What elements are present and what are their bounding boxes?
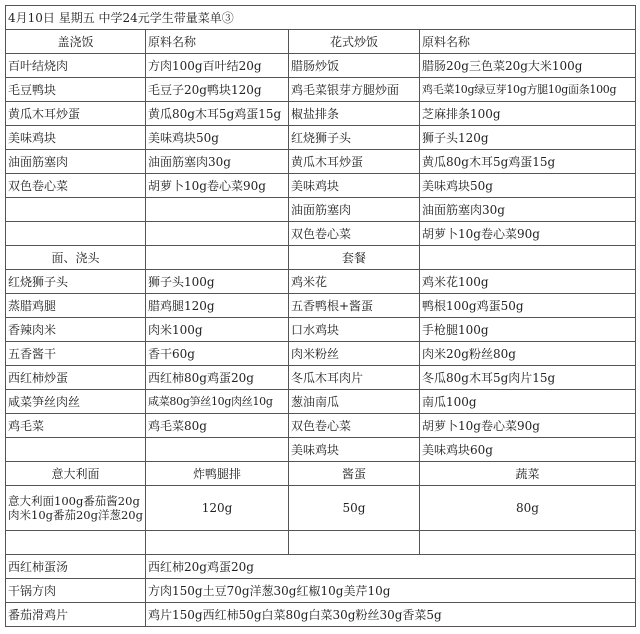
- ingredients: 狮子头120g: [420, 126, 636, 150]
- table-row: 干锅方肉 方肉150g土豆70g洋葱30g红椒10g美芹10g: [6, 579, 636, 603]
- ingredients: 肉米100g: [146, 318, 289, 342]
- col-header-fried-rice: 花式炒饭: [289, 30, 420, 54]
- empty-cell: [146, 531, 289, 555]
- section-header-noodles: 面、浇头: [6, 246, 146, 270]
- ingredients: 鸡片150g西红柿50g白菜80g白菜30g粉丝30g香菜5g: [146, 603, 636, 627]
- dish-name: 百叶结烧肉: [6, 54, 146, 78]
- ingredients: [146, 438, 289, 462]
- dish-name: 西红柿蛋汤: [6, 555, 146, 579]
- dish-name: 肉米粉丝: [289, 342, 420, 366]
- table-row: 油面筋塞肉 油面筋塞肉30g 黄瓜木耳炒蛋 黄瓜80g木耳5g鸡蛋15g: [6, 150, 636, 174]
- dish-name: 香辣肉米: [6, 318, 146, 342]
- table-row: 美味鸡块 美味鸡块60g: [6, 438, 636, 462]
- col-header-rice: 盖浇饭: [6, 30, 146, 54]
- table-row: 百叶结烧肉 方肉100g百叶结20g 腊肠炒饭 腊肠20g三色菜20g大米100…: [6, 54, 636, 78]
- table-row: 双色卷心菜 胡萝卜10g卷心菜90g: [6, 222, 636, 246]
- header-fried-duck-leg: 炸鸭腿排: [146, 462, 289, 486]
- dish-name: 油面筋塞肉: [6, 150, 146, 174]
- ingredients: 油面筋塞肉30g: [420, 198, 636, 222]
- table-row: 黄瓜木耳炒蛋 黄瓜80g木耳5g鸡蛋15g 椒盐排条 芝麻排条100g: [6, 102, 636, 126]
- table-row: 鸡毛菜 鸡毛菜80g 双色卷心菜 胡萝卜10g卷心菜90g: [6, 414, 636, 438]
- table-row: 双色卷心菜 胡萝卜10g卷心菜90g 美味鸡块 美味鸡块50g: [6, 174, 636, 198]
- dish-name: 美味鸡块: [289, 174, 420, 198]
- dish-name: 油面筋塞肉: [289, 198, 420, 222]
- ingredients: 黄瓜80g木耳5g鸡蛋15g: [420, 150, 636, 174]
- ingredients: 肉米20g粉丝80g: [420, 342, 636, 366]
- ingredients: 咸菜80g笋丝10g肉丝10g: [146, 390, 289, 414]
- ingredients: 美味鸡块50g: [420, 174, 636, 198]
- empty-cell: [6, 531, 146, 555]
- header-pasta: 意大利面: [6, 462, 146, 486]
- dish-name: 腊肠炒饭: [289, 54, 420, 78]
- dish-name: 双色卷心菜: [6, 174, 146, 198]
- dish-name: 蒸腊鸡腿: [6, 294, 146, 318]
- ingredients: 方肉100g百叶结20g: [146, 54, 289, 78]
- ingredients: 芝麻排条100g: [420, 102, 636, 126]
- dish-name: 口水鸡块: [289, 318, 420, 342]
- ingredients: 方肉150g土豆70g洋葱30g红椒10g美芹10g: [146, 579, 636, 603]
- ingredients: [146, 198, 289, 222]
- table-row: 美味鸡块 美味鸡块50g 红烧狮子头 狮子头120g: [6, 126, 636, 150]
- ingredients: 胡萝卜10g卷心菜90g: [146, 174, 289, 198]
- dish-name: 黄瓜木耳炒蛋: [289, 150, 420, 174]
- dish-name: [6, 438, 146, 462]
- ingredients: 西红柿20g鸡蛋20g: [146, 555, 636, 579]
- empty-cell: [146, 246, 289, 270]
- pasta-line-1: 意大利面100g番茄酱20g: [8, 494, 143, 508]
- table-row: 香辣肉米 肉米100g 口水鸡块 手枪腿100g: [6, 318, 636, 342]
- empty-cell: [420, 246, 636, 270]
- table-row: 油面筋塞肉 油面筋塞肉30g: [6, 198, 636, 222]
- empty-cell: [420, 531, 636, 555]
- dish-name: 干锅方肉: [6, 579, 146, 603]
- egg-amount: 50g: [289, 486, 420, 531]
- dish-name: [6, 222, 146, 246]
- ingredients: 胡萝卜10g卷心菜90g: [420, 222, 636, 246]
- table-row: 西红柿蛋汤 西红柿20g鸡蛋20g: [6, 555, 636, 579]
- ingredients: 鸭根100g鸡蛋50g: [420, 294, 636, 318]
- header-braised-egg: 酱蛋: [289, 462, 420, 486]
- col-header-ingredients-2: 原料名称: [420, 30, 636, 54]
- col-header-ingredients: 原料名称: [146, 30, 289, 54]
- table-row: 番茄滑鸡片 鸡片150g西红柿50g白菜80g白菜30g粉丝30g香菜5g: [6, 603, 636, 627]
- ingredients: 鸡米花100g: [420, 270, 636, 294]
- dish-name: 冬瓜木耳肉片: [289, 366, 420, 390]
- dish-name: 美味鸡块: [289, 438, 420, 462]
- dish-name: 双色卷心菜: [289, 414, 420, 438]
- dish-name: 葱油南瓜: [289, 390, 420, 414]
- ingredients: 黄瓜80g木耳5g鸡蛋15g: [146, 102, 289, 126]
- dish-name: 鸡米花: [289, 270, 420, 294]
- ingredients: 胡萝卜10g卷心菜90g: [420, 414, 636, 438]
- ingredients: [146, 222, 289, 246]
- ingredients: 毛豆子20g鸭块120g: [146, 78, 289, 102]
- table-row: 五香酱干 香干60g 肉米粉丝 肉米20g粉丝80g: [6, 342, 636, 366]
- pasta-line-2: 肉米10g番茄20g洋葱20g: [8, 508, 143, 522]
- dish-name: 咸菜笋丝肉丝: [6, 390, 146, 414]
- ingredients: 香干60g: [146, 342, 289, 366]
- ingredients: 南瓜100g: [420, 390, 636, 414]
- ingredients: 美味鸡块50g: [146, 126, 289, 150]
- dish-name: [6, 198, 146, 222]
- dish-name: 西红柿炒蛋: [6, 366, 146, 390]
- dish-name: 鸡毛菜: [6, 414, 146, 438]
- dish-name: 鸡毛菜银芽方腿炒面: [289, 78, 420, 102]
- menu-table: 4月10日 星期五 中学24元学生带量菜单③ 盖浇饭 原料名称 花式炒饭 原料名…: [5, 5, 636, 627]
- pasta-ingredients: 意大利面100g番茄酱20g 肉米10g番茄20g洋葱20g: [6, 486, 146, 531]
- dish-name: 美味鸡块: [6, 126, 146, 150]
- ingredients: 西红柿80g鸡蛋20g: [146, 366, 289, 390]
- header-vegetables: 蔬菜: [420, 462, 636, 486]
- ingredients: 腊肠20g三色菜20g大米100g: [420, 54, 636, 78]
- empty-cell: [289, 531, 420, 555]
- menu-title: 4月10日 星期五 中学24元学生带量菜单③: [6, 6, 636, 30]
- dish-name: 毛豆鸭块: [6, 78, 146, 102]
- ingredients: 鸡毛菜80g: [146, 414, 289, 438]
- table-row: 意大利面100g番茄酱20g 肉米10g番茄20g洋葱20g 120g 50g …: [6, 486, 636, 531]
- table-row: 西红柿炒蛋 西红柿80g鸡蛋20g 冬瓜木耳肉片 冬瓜80g木耳5g肉片15g: [6, 366, 636, 390]
- section-header-set-meal: 套餐: [289, 246, 420, 270]
- ingredients: 鸡毛菜10g绿豆芽10g方腿10g面条100g: [420, 78, 636, 102]
- dish-name: 番茄滑鸡片: [6, 603, 146, 627]
- vegetable-amount: 80g: [420, 486, 636, 531]
- dish-name: 双色卷心菜: [289, 222, 420, 246]
- ingredients: 油面筋塞肉30g: [146, 150, 289, 174]
- ingredients: 美味鸡块60g: [420, 438, 636, 462]
- table-row: 咸菜笋丝肉丝 咸菜80g笋丝10g肉丝10g 葱油南瓜 南瓜100g: [6, 390, 636, 414]
- dish-name: 红烧狮子头: [289, 126, 420, 150]
- ingredients: 手枪腿100g: [420, 318, 636, 342]
- dish-name: 红烧狮子头: [6, 270, 146, 294]
- dish-name: 椒盐排条: [289, 102, 420, 126]
- ingredients: 冬瓜80g木耳5g肉片15g: [420, 366, 636, 390]
- table-row: 蒸腊鸡腿 腊鸡腿120g 五香鸭根+酱蛋 鸭根100g鸡蛋50g: [6, 294, 636, 318]
- duck-leg-amount: 120g: [146, 486, 289, 531]
- table-row: 毛豆鸭块 毛豆子20g鸭块120g 鸡毛菜银芽方腿炒面 鸡毛菜10g绿豆芽10g…: [6, 78, 636, 102]
- dish-name: 五香酱干: [6, 342, 146, 366]
- dish-name: 黄瓜木耳炒蛋: [6, 102, 146, 126]
- ingredients: 狮子头100g: [146, 270, 289, 294]
- dish-name: 五香鸭根+酱蛋: [289, 294, 420, 318]
- ingredients: 腊鸡腿120g: [146, 294, 289, 318]
- table-row: 红烧狮子头 狮子头100g 鸡米花 鸡米花100g: [6, 270, 636, 294]
